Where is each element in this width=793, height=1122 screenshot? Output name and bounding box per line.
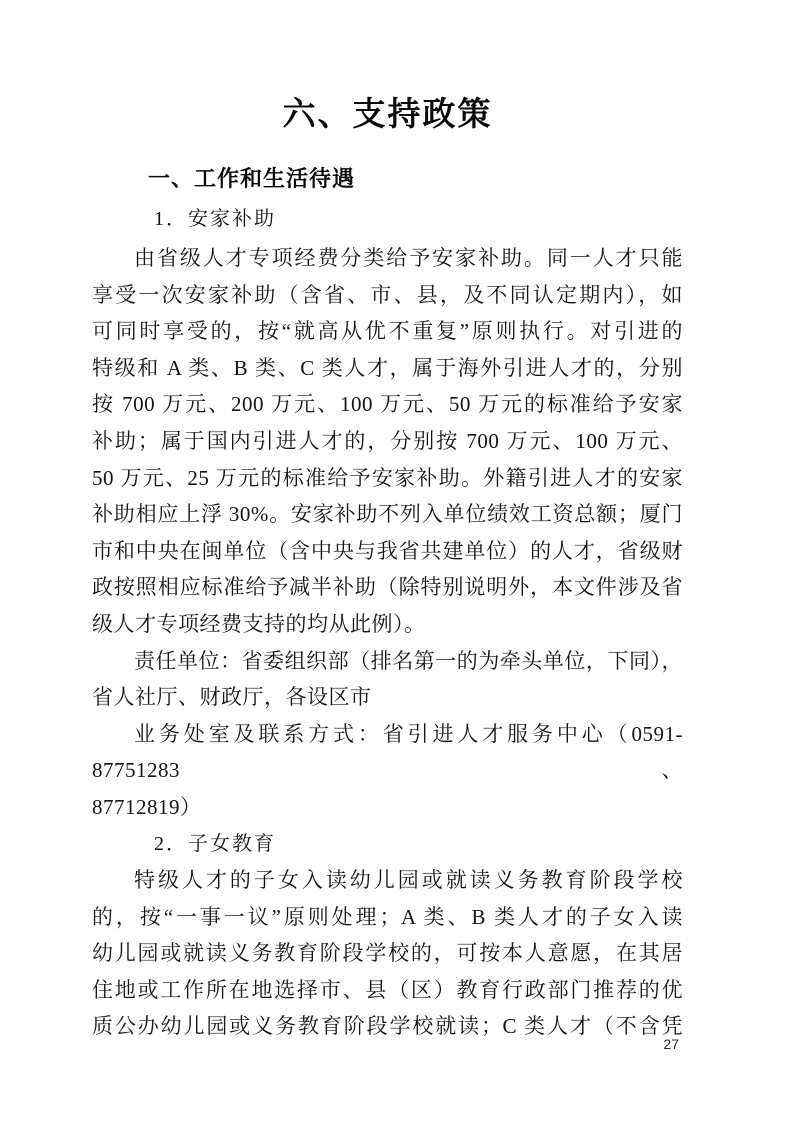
paragraph-line: 补助；属于国内引进人才的，分别按 700 万元、100 万元、 [92,423,683,460]
responsibility-line: 省人社厅、财政厅，各设区市 [92,679,683,716]
paragraph-line: 特级和 A 类、B 类、C 类人才，属于海外引进人才的，分别 [92,350,683,387]
paragraph-line: 市和中央在闽单位（含中央与我省共建单位）的人才，省级财 [92,533,683,570]
section-heading: 一、工作和生活待遇 [148,164,683,194]
document-page: 六、支持政策 一、工作和生活待遇 1．安家补助 由省级人才专项经费分类给予安家补… [0,0,793,1122]
body-text: 由省级人才专项经费分类给予安家补助。同一人才只能 享受一次安家补助（含省、市、县… [92,240,683,1045]
page-number: 27 [663,1036,679,1052]
page-title: 六、支持政策 [92,92,683,136]
paragraph-line: 补助相应上浮 30%。安家补助不列入单位绩效工资总额；厦门 [92,496,683,533]
contact-line: 业务处室及联系方式：省引进人才服务中心（0591-87751283、 [92,716,683,789]
page-content: 六、支持政策 一、工作和生活待遇 1．安家补助 由省级人才专项经费分类给予安家补… [92,0,683,1045]
paragraph-line: 的，按“一事一议”原则处理；A 类、B 类人才的子女入读 [92,899,683,936]
subsection-heading-1: 1．安家补助 [154,204,683,234]
paragraph-line: 可同时享受的，按“就高从优不重复”原则执行。对引进的 [92,313,683,350]
paragraph-line: 50 万元、25 万元的标准给予安家补助。外籍引进人才的安家 [92,460,683,497]
paragraph-line: 住地或工作所在地选择市、县（区）教育行政部门推荐的优 [92,972,683,1009]
paragraph-line: 由省级人才专项经费分类给予安家补助。同一人才只能 [92,240,683,277]
contact-line: 87712819） [92,789,683,826]
paragraph-line: 质公办幼儿园或义务教育阶段学校就读；C 类人才（不含凭 [92,1008,683,1045]
paragraph-line: 按 700 万元、200 万元、100 万元、50 万元的标准给予安家 [92,386,683,423]
paragraph-line: 享受一次安家补助（含省、市、县，及不同认定期内），如 [92,277,683,314]
subsection-heading-2: 2．子女教育 [92,826,683,863]
paragraph-line: 政按照相应标准给予减半补助（除特别说明外，本文件涉及省 [92,569,683,606]
paragraph-line: 特级人才的子女入读幼儿园或就读义务教育阶段学校 [92,862,683,899]
paragraph-line: 幼儿园或就读义务教育阶段学校的，可按本人意愿，在其居 [92,935,683,972]
responsibility-line: 责任单位：省委组织部（排名第一的为牵头单位，下同）， [92,643,683,680]
paragraph-line: 级人才专项经费支持的均从此例）。 [92,606,683,643]
